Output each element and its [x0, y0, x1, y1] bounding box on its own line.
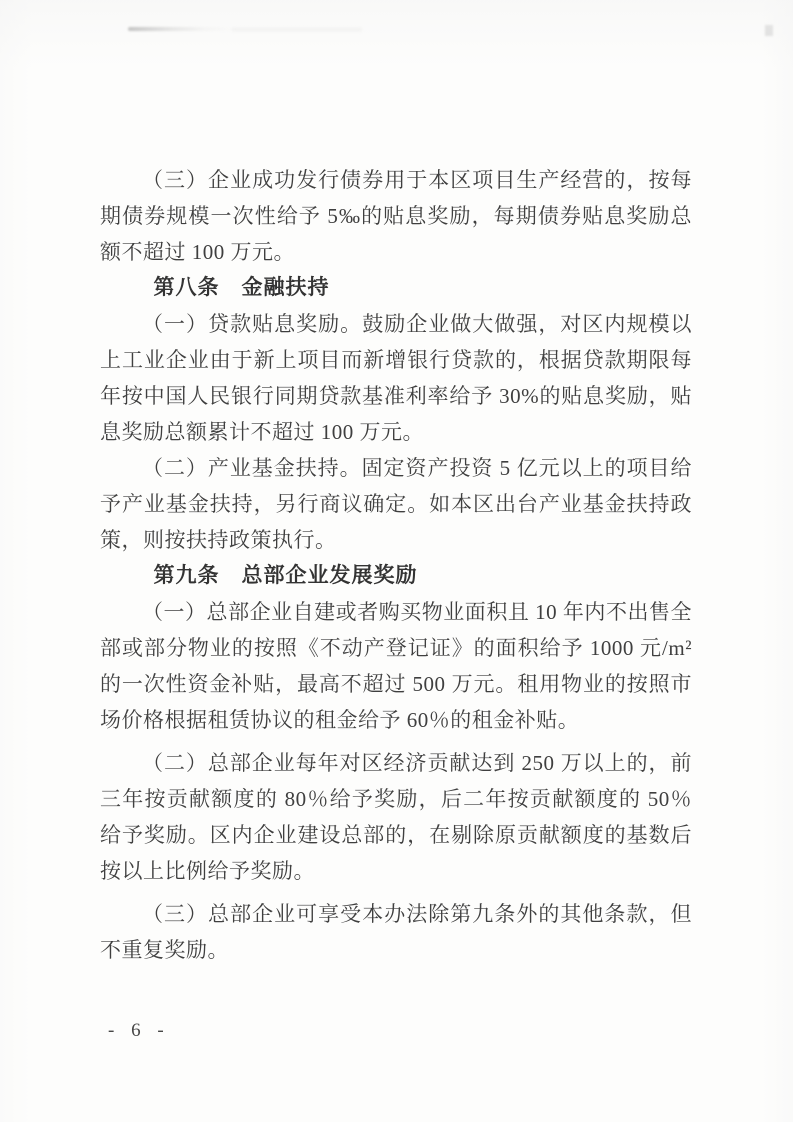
paragraph-headquarters-contribution-reward: （二）总部企业每年对区经济贡献达到 250 万以上的，前三年按贡献额度的 80％…: [100, 745, 692, 889]
heading-article-8-financial-support: 第八条 金融扶持: [100, 270, 692, 306]
paragraph-headquarters-property-subsidy: （一）总部企业自建或者购买物业面积且 10 年内不出售全部或部分物业的按照《不动…: [100, 594, 692, 738]
document-page: （三）企业成功发行债券用于本区项目生产经营的，按每期债券规模一次性给予 5‰的贴…: [0, 0, 793, 1122]
scan-edge-mark-artifact: [765, 25, 773, 36]
heading-article-9-headquarters-reward: 第九条 总部企业发展奖励: [100, 558, 692, 594]
page-number: - 6 -: [108, 1020, 170, 1042]
paragraph-industry-fund-support: （二）产业基金扶持。固定资产投资 5 亿元以上的项目给予产业基金扶持，另行商议确…: [100, 450, 692, 558]
paragraph-loan-interest-subsidy: （一）贷款贴息奖励。鼓励企业做大做强，对区内规模以上工业企业由于新上项目而新增银…: [100, 306, 692, 450]
paragraph-bond-issuance-reward: （三）企业成功发行债券用于本区项目生产经营的，按每期债券规模一次性给予 5‰的贴…: [100, 162, 692, 270]
scan-smudge-artifact: [128, 27, 236, 31]
scan-smudge-artifact-tail: [232, 28, 362, 31]
paragraph-headquarters-other-terms: （三）总部企业可享受本办法除第九条外的其他条款，但不重复奖励。: [100, 896, 692, 968]
document-body: （三）企业成功发行债券用于本区项目生产经营的，按每期债券规模一次性给予 5‰的贴…: [100, 162, 692, 968]
